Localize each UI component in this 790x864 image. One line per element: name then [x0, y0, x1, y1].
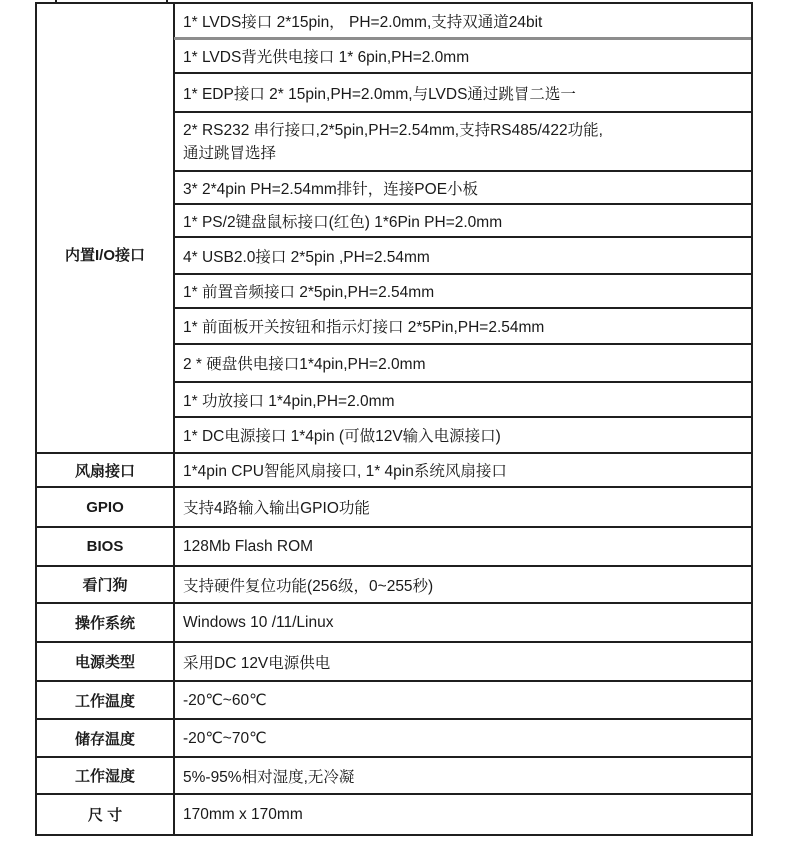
spec-label-text: GPIO: [86, 499, 124, 516]
spec-label-humidity: 工作湿度: [37, 758, 173, 795]
spec-label-storage-temp: 储存温度: [37, 720, 173, 758]
spec-value-text: 1* 前面板开关按钮和指示灯接口 2*5Pin,PH=2.54mm: [183, 315, 544, 337]
spec-value-text: 支持硬件复位功能(256级，0~255秒): [183, 574, 433, 596]
thick-divider-line: [174, 37, 751, 40]
spec-value-front-audio: 1* 前置音频接口 2*5pin,PH=2.54mm: [173, 275, 751, 309]
spec-label-text: 尺 寸: [88, 804, 122, 825]
spec-value-operating-temp: -20℃~60℃: [173, 682, 751, 720]
spec-value-text: 采用DC 12V电源供电: [183, 651, 330, 673]
spec-value-text: 1* LVDS背光供电接口 1* 6pin,PH=2.0mm: [183, 45, 469, 67]
spec-label-text: 电源类型: [75, 651, 135, 672]
spec-value-dc-power: 1* DC电源接口 1*4pin (可做12V输入电源接口): [173, 418, 751, 454]
spec-label-text: BIOS: [87, 538, 124, 555]
spec-label-text: 风扇接口: [75, 460, 135, 481]
spec-value-lvds-backlight: 1* LVDS背光供电接口 1* 6pin,PH=2.0mm: [173, 39, 751, 74]
spec-value-os: Windows 10 /11/Linux: [173, 604, 751, 643]
spec-label-fan: 风扇接口: [37, 454, 173, 488]
spec-label-text: 工作湿度: [75, 765, 135, 786]
spec-value-text: 1* PS/2键盘鼠标接口(红色) 1*6Pin PH=2.0mm: [183, 210, 502, 232]
spec-value-hdd-power: 2 * 硬盘供电接口1*4pin,PH=2.0mm: [173, 345, 751, 383]
spec-value-text: 170mm x 170mm: [183, 806, 303, 824]
spec-value-watchdog: 支持硬件复位功能(256级，0~255秒): [173, 567, 751, 604]
spec-value-text: 128Mb Flash ROM: [183, 538, 313, 556]
spec-value-text-line1: 2* RS232 串行接口,2*5pin,PH=2.54mm,支持RS485/4…: [183, 119, 603, 142]
spec-value-text: -20℃~60℃: [183, 691, 267, 710]
spec-label-watchdog: 看门狗: [37, 567, 173, 604]
spec-value-text: 1* 前置音频接口 2*5pin,PH=2.54mm: [183, 280, 434, 302]
spec-value-text: 1* LVDS接口 2*15pin， PH=2.0mm,支持双通道24bit: [183, 10, 542, 32]
spec-value-fan: 1*4pin CPU智能风扇接口, 1* 4pin系统风扇接口: [173, 454, 751, 488]
spec-label-power-type: 电源类型: [37, 643, 173, 682]
spec-value-text: 2 * 硬盘供电接口1*4pin,PH=2.0mm: [183, 352, 425, 374]
spec-value-text: 1*4pin CPU智能风扇接口, 1* 4pin系统风扇接口: [183, 459, 507, 481]
spec-table: 内置I/O接口 1* LVDS接口 2*15pin， PH=2.0mm,支持双通…: [35, 2, 753, 836]
spec-value-text: 3* 2*4pin PH=2.54mm排针，连接POE小板: [183, 177, 478, 199]
spec-value-text-line2: 通过跳冒选择: [183, 142, 276, 165]
spec-value-ps2: 1* PS/2键盘鼠标接口(红色) 1*6Pin PH=2.0mm: [173, 205, 751, 238]
spec-value-usb: 4* USB2.0接口 2*5pin ,PH=2.54mm: [173, 238, 751, 275]
spec-value-rs232: 2* RS232 串行接口,2*5pin,PH=2.54mm,支持RS485/4…: [173, 113, 751, 172]
spec-value-front-panel: 1* 前面板开关按钮和指示灯接口 2*5Pin,PH=2.54mm: [173, 309, 751, 345]
spec-label-gpio: GPIO: [37, 488, 173, 528]
spec-value-storage-temp: -20℃~70℃: [173, 720, 751, 758]
spec-value-humidity: 5%-95%相对湿度,无冷凝: [173, 758, 751, 795]
spec-value-text: 1* 功放接口 1*4pin,PH=2.0mm: [183, 389, 394, 411]
spec-value-text: 1* EDP接口 2* 15pin,PH=2.0mm,与LVDS通过跳冒二选一: [183, 82, 576, 104]
spec-value-text: 1* DC电源接口 1*4pin (可做12V输入电源接口): [183, 424, 501, 446]
spec-value-lvds: 1* LVDS接口 2*15pin， PH=2.0mm,支持双通道24bit: [173, 4, 751, 39]
spec-section-label-text: 内置I/O接口: [65, 244, 145, 265]
spec-label-dimensions: 尺 寸: [37, 795, 173, 834]
spec-value-edp: 1* EDP接口 2* 15pin,PH=2.0mm,与LVDS通过跳冒二选一: [173, 74, 751, 113]
spec-label-text: 看门狗: [82, 574, 127, 595]
spec-value-text: -20℃~70℃: [183, 729, 267, 748]
spec-section-label-io: 内置I/O接口: [37, 4, 173, 454]
spec-value-text: 支持4路输入输出GPIO功能: [183, 496, 370, 518]
spec-value-dimensions: 170mm x 170mm: [173, 795, 751, 834]
spec-value-power-type: 采用DC 12V电源供电: [173, 643, 751, 682]
spec-value-text: Windows 10 /11/Linux: [183, 614, 334, 632]
spec-label-os: 操作系统: [37, 604, 173, 643]
spec-label-bios: BIOS: [37, 528, 173, 567]
spec-value-bios: 128Mb Flash ROM: [173, 528, 751, 567]
spec-label-text: 工作温度: [75, 690, 135, 711]
spec-label-operating-temp: 工作温度: [37, 682, 173, 720]
spec-value-text: 5%-95%相对湿度,无冷凝: [183, 765, 354, 787]
spec-label-text: 储存温度: [75, 728, 135, 749]
spec-label-text: 操作系统: [75, 612, 135, 633]
spec-value-text: 4* USB2.0接口 2*5pin ,PH=2.54mm: [183, 245, 430, 267]
spec-value-amplifier: 1* 功放接口 1*4pin,PH=2.0mm: [173, 383, 751, 418]
spec-value-gpio: 支持4路输入输出GPIO功能: [173, 488, 751, 528]
spec-value-poe-header: 3* 2*4pin PH=2.54mm排针，连接POE小板: [173, 172, 751, 205]
